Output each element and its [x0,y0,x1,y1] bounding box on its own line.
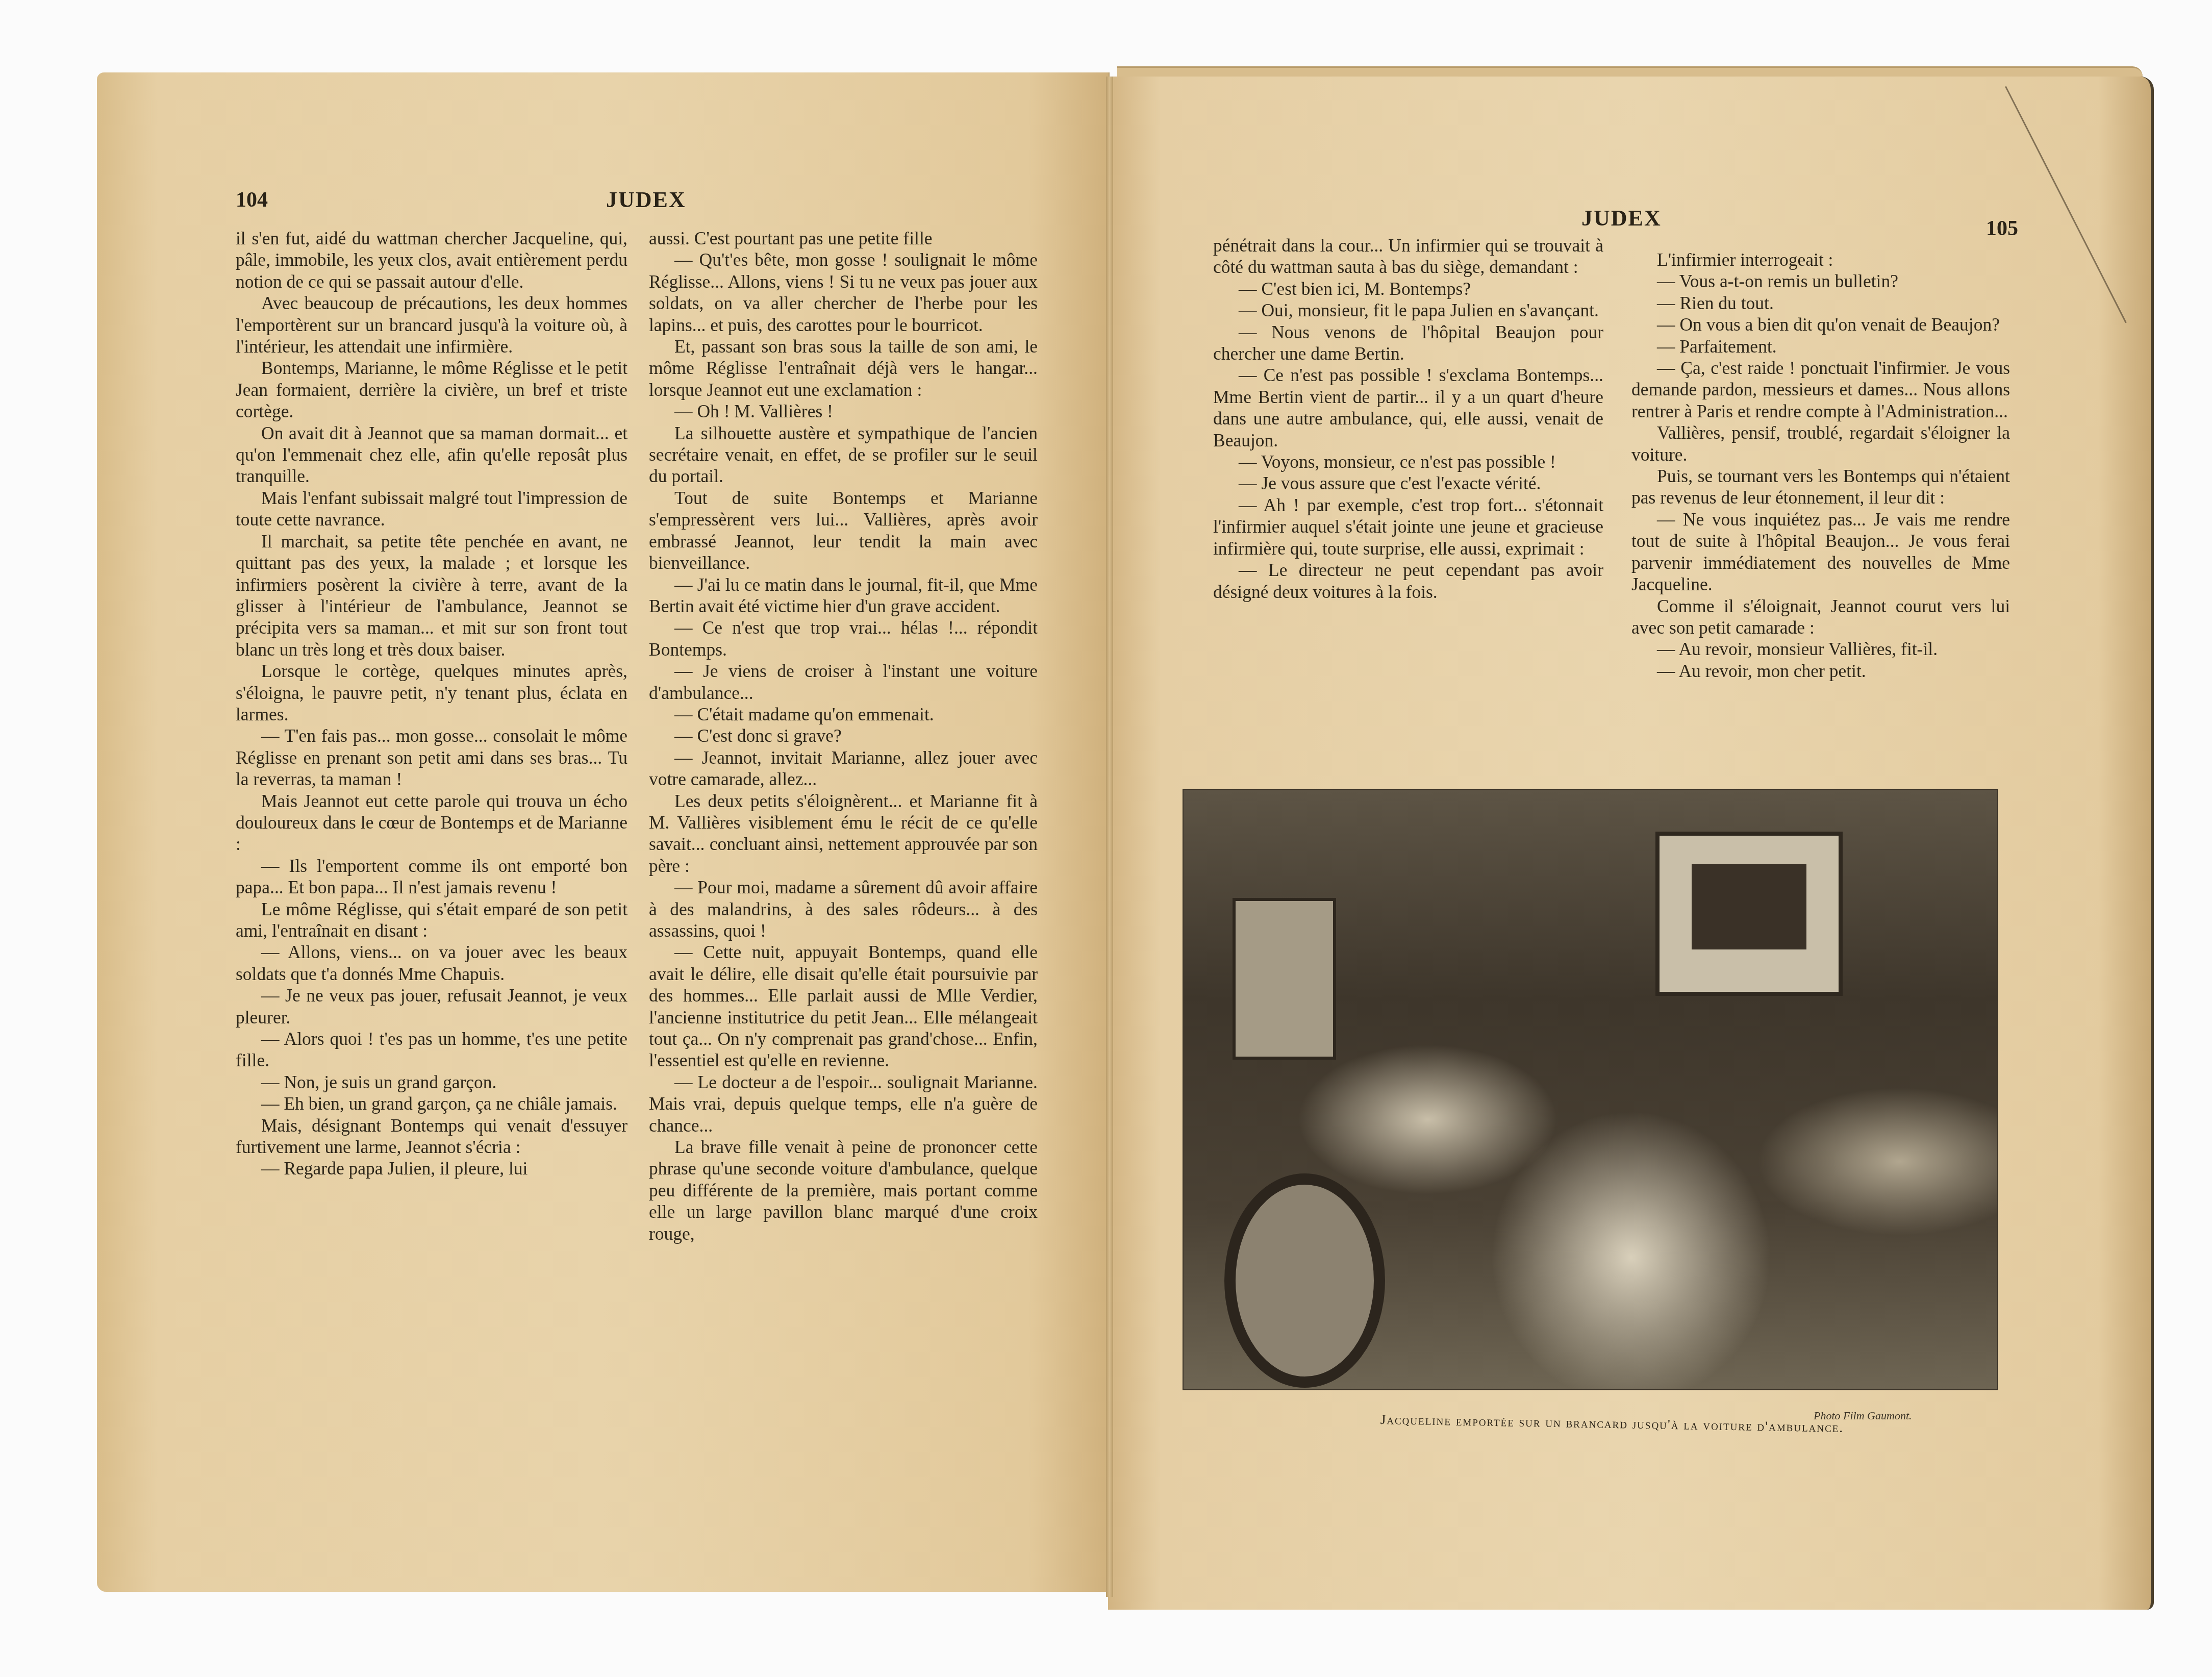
paragraph: — Allons, viens... on va jouer avec les … [236,941,627,985]
paragraph: — Ça, c'est raide ! ponctuait l'infirmie… [1631,357,2010,422]
running-head-left: JUDEX [606,187,686,213]
paragraph: Et, passant son bras sous la taille de s… [649,336,1038,401]
paragraph: Bontemps, Marianne, le môme Réglisse et … [236,357,627,422]
paragraph: — Eh bien, un grand garçon, ça ne chiâle… [236,1093,627,1114]
paragraph: Vallières, pensif, troublé, regardait s'… [1631,422,2010,465]
paragraph: La brave fille venait à peine de prononc… [649,1136,1038,1244]
paragraph: — J'ai lu ce matin dans le journal, fit-… [649,574,1038,617]
paragraph: — Pour moi, madame a sûrement dû avoir a… [649,877,1038,941]
paragraph: pénétrait dans la cour... Un infirmier q… [1213,235,1603,278]
running-head-right: JUDEX [1581,205,1662,231]
paragraph: — Non, je suis un grand garçon. [236,1071,627,1093]
page-number-left: 104 [236,188,268,212]
paragraph: — Je vous assure que c'est l'exacte véri… [1213,472,1603,494]
page-number-right: 105 [1986,216,2018,241]
ambulance-photograph [1184,790,1997,1389]
paragraph: — Nous venons de l'hôpital Beaujon pour … [1213,321,1603,365]
car-wheel [1224,1173,1385,1388]
paragraph: — Ils l'emportent comme ils ont emporté … [236,855,627,898]
paragraph: Comme il s'éloignait, Jeannot courut ver… [1631,595,2010,639]
open-door-panel [1655,832,1843,996]
left-page-column-2: aussi. C'est pourtant pas une petite fil… [649,228,1038,1244]
paragraph: — Qu't'es bête, mon gosse ! soulignait l… [649,249,1038,336]
paragraph: — Jeannot, invitait Marianne, allez joue… [649,747,1038,790]
paragraph: — Parfaitement. [1631,336,2010,357]
paragraph: — C'est bien ici, M. Bontemps? [1213,278,1603,299]
right-page-column-1: pénétrait dans la cour... Un infirmier q… [1213,235,1603,603]
book-gutter [1106,77,1113,1597]
paragraph: — Cette nuit, appuyait Bontemps, quand e… [649,941,1038,1071]
paragraph: il s'en fut, aidé du wattman chercher Ja… [236,228,627,292]
paragraph: Avec beaucoup de précautions, les deux h… [236,292,627,357]
paragraph: Il marchait, sa petite tête penchée en a… [236,531,627,660]
paragraph: — Je ne veux pas jouer, refusait Jeannot… [236,985,627,1028]
left-page-column-1: il s'en fut, aidé du wattman chercher Ja… [236,228,627,1180]
paragraph: — Ne vous inquiétez pas... Je vais me re… [1631,509,2010,595]
paragraph: — Rien du tout. [1631,292,2010,314]
paragraph: — Oui, monsieur, fit le papa Julien en s… [1213,299,1603,321]
paragraph: Lorsque le cortège, quelques minutes apr… [236,660,627,725]
paragraph: L'infirmier interrogeait : [1631,249,2010,270]
paragraph: — C'était madame qu'on emmenait. [649,704,1038,725]
paragraph: — Ce n'est que trop vrai... hélas !... r… [649,617,1038,660]
paragraph: — Au revoir, mon cher petit. [1631,660,2010,682]
paragraph: Le môme Réglisse, qui s'était emparé de … [236,898,627,942]
paragraph: — Oh ! M. Vallières ! [649,401,1038,422]
car-window [1233,898,1336,1060]
paragraph: Les deux petits s'éloignèrent... et Mari… [649,790,1038,877]
paragraph: — On vous a bien dit qu'on venait de Bea… [1631,314,2010,335]
paragraph: Tout de suite Bontemps et Marianne s'emp… [649,487,1038,574]
paragraph: — Le docteur a de l'espoir... soulignait… [649,1071,1038,1136]
paragraph: Mais Jeannot eut cette parole qui trouva… [236,790,627,855]
paragraph: — Au revoir, monsieur Vallières, fit-il. [1631,638,2010,660]
paragraph: — Alors quoi ! t'es pas un homme, t'es u… [236,1028,627,1071]
paragraph: — Vous a-t-on remis un bulletin? [1631,270,2010,292]
paragraph: Mais l'enfant subissait malgré tout l'im… [236,487,627,531]
paragraph: — Ce n'est pas possible ! s'exclama Bont… [1213,364,1603,451]
paragraph: Mais, désignant Bontemps qui venait d'es… [236,1115,627,1158]
paragraph: — Regarde papa Julien, il pleure, lui [236,1158,627,1179]
paragraph: — T'en fais pas... mon gosse... consolai… [236,725,627,790]
paragraph: aussi. C'est pourtant pas une petite fil… [649,228,1038,249]
paragraph: On avait dit à Jeannot que sa maman dorm… [236,422,627,487]
paragraph: — Ah ! par exemple, c'est trop fort... s… [1213,494,1603,559]
right-page-column-2: L'infirmier interrogeait :— Vous a-t-on … [1631,249,2010,682]
paragraph: Puis, se tournant vers les Bontemps qui … [1631,465,2010,509]
paragraph: — Voyons, monsieur, ce n'est pas possibl… [1213,451,1603,472]
paragraph: — Je viens de croiser à l'instant une vo… [649,660,1038,704]
paragraph: La silhouette austère et sympathique de … [649,422,1038,487]
paragraph: — C'est donc si grave? [649,725,1038,746]
paragraph: — Le directeur ne peut cependant pas avo… [1213,559,1603,603]
